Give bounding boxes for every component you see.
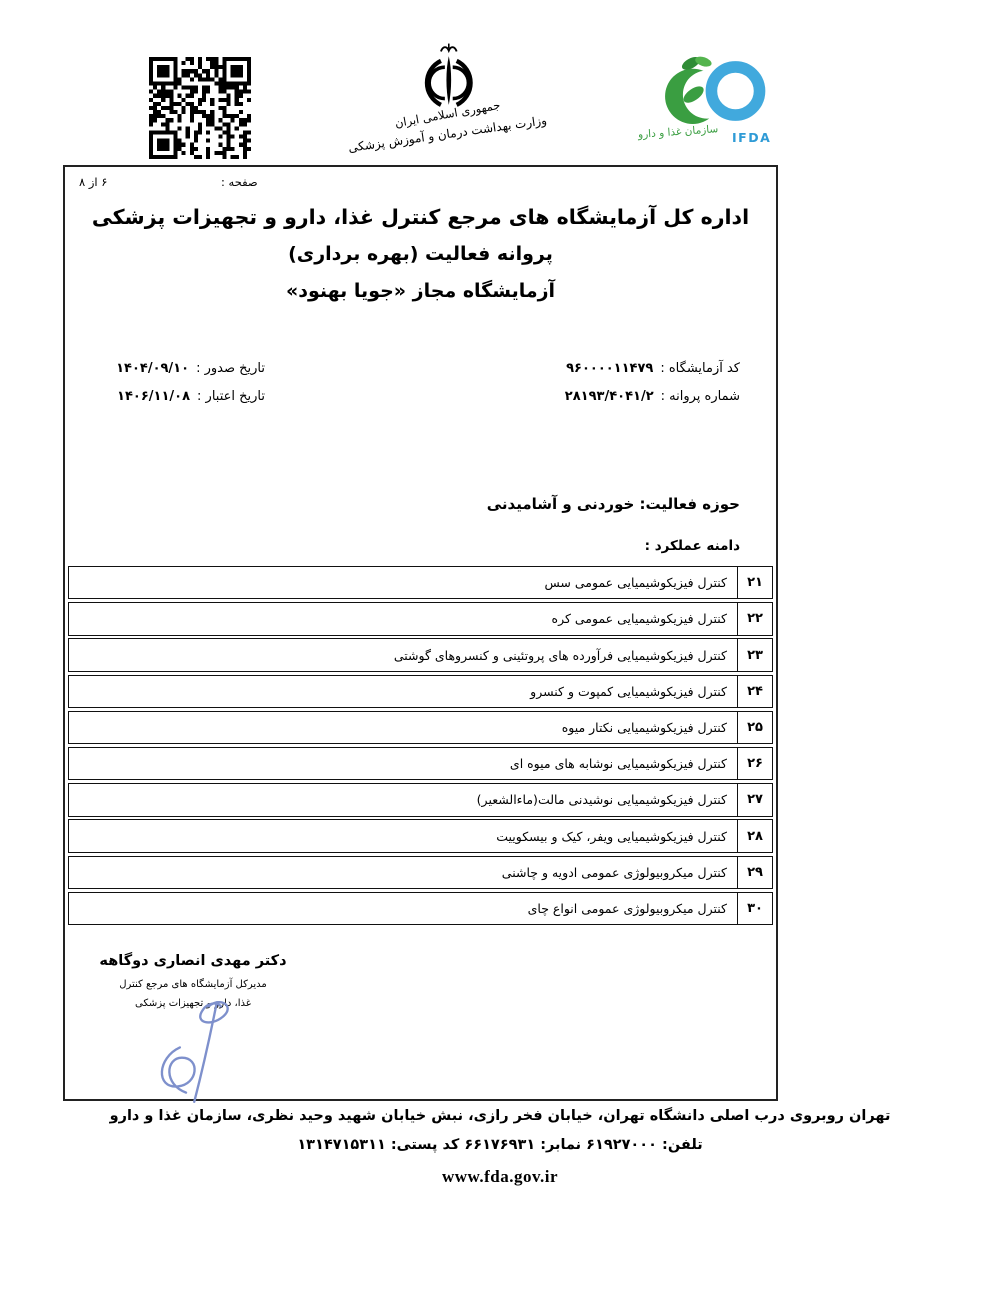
signature-ink-icon (145, 995, 263, 1105)
qr-code (148, 57, 252, 159)
lab-code-value: ۹۶۰۰۰۰۱۱۴۷۹ (566, 361, 653, 376)
row-number: ۲۵ (737, 712, 772, 743)
main-border-box: ۶ از ۸ صفحه : اداره کل آزمایشگاه های مرج… (63, 165, 778, 1101)
row-number: ۲۶ (737, 748, 772, 779)
issue-date-value: ۱۴۰۴/۰۹/۱۰ (116, 361, 189, 376)
ifda-acronym-label: IFDA (732, 130, 771, 145)
lab-code-row: کد آزمایشگاه : ۹۶۰۰۰۰۱۱۴۷۹ (565, 361, 740, 376)
expiry-date-value: ۱۴۰۶/۱۱/۰۸ (117, 389, 190, 404)
meta-lab-identifiers: کد آزمایشگاه : ۹۶۰۰۰۰۱۱۴۷۹ شماره پروانه … (565, 361, 740, 417)
page-number-value: ۶ از ۸ (79, 175, 107, 189)
license-number-row: شماره پروانه : ۲۸۱۹۳/۴۰۴۱/۲ (565, 389, 740, 404)
iran-emblem-icon (404, 42, 492, 108)
issue-date-row: تاریخ صدور : ۱۴۰۴/۰۹/۱۰ (87, 361, 265, 376)
title-license-type: پروانه فعالیت (بهره برداری) (65, 243, 776, 265)
meta-dates: تاریخ صدور : ۱۴۰۴/۰۹/۱۰ تاریخ اعتبار : ۱… (87, 361, 265, 417)
table-row: ۲۲ کنترل فیزیکوشیمیایی عمومی کره (68, 602, 773, 635)
document-titles: اداره کل آزمایشگاه های مرجع کنترل غذا، د… (65, 205, 776, 302)
table-row: ۲۸ کنترل فیزیکوشیمیایی ویفر، کیک و بیسکو… (68, 819, 773, 852)
title-department: اداره کل آزمایشگاه های مرجع کنترل غذا، د… (65, 205, 776, 229)
license-number-label: شماره پروانه : (661, 389, 740, 404)
table-row: ۲۱ کنترل فیزیکوشیمیایی عمومی سس (68, 566, 773, 599)
row-number: ۳۰ (737, 893, 772, 924)
signer-title-line1: مدیرکل آزمایشگاه های مرجع کنترل (83, 979, 303, 990)
footer-website: www.fda.gov.ir (0, 1167, 1000, 1187)
table-row: ۲۴ کنترل فیزیکوشیمیایی کمپوت و کنسرو (68, 675, 773, 708)
row-number: ۲۸ (737, 820, 772, 851)
qr-code-icon (148, 57, 252, 159)
row-number: ۲۹ (737, 857, 772, 888)
row-description: کنترل میکروبیولوژی عمومی ادویه و چاشنی (69, 857, 737, 888)
table-row: ۲۵ کنترل فیزیکوشیمیایی نکتار میوه (68, 711, 773, 744)
table-row: ۳۰ کنترل میکروبیولوژی عمومی انواع چای (68, 892, 773, 925)
row-number: ۲۷ (737, 784, 772, 815)
lab-code-label: کد آزمایشگاه : (660, 361, 740, 376)
row-description: کنترل فیزیکوشیمیایی نوشیدنی مالت(ماءالشع… (69, 784, 737, 815)
footer: تهران روبروی درب اصلی دانشگاه تهران، خیا… (0, 1108, 1000, 1187)
signer-name: دکتر مهدی انصاری دوگاهه (83, 953, 303, 969)
row-number: ۲۱ (737, 567, 772, 598)
footer-address: تهران روبروی درب اصلی دانشگاه تهران، خیا… (0, 1108, 1000, 1124)
row-number: ۲۳ (737, 639, 772, 670)
row-description: کنترل فیزیکوشیمیایی عمومی سس (69, 567, 737, 598)
table-row: ۲۶ کنترل فیزیکوشیمیایی نوشابه های میوه ا… (68, 747, 773, 780)
footer-contact: تلفن: ۶۱۹۲۷۰۰۰ نمابر: ۶۶۱۷۶۹۳۱ کد پستی: … (0, 1137, 1000, 1153)
expiry-date-label: تاریخ اعتبار : (197, 389, 265, 404)
table-row: ۲۷ کنترل فیزیکوشیمیایی نوشیدنی مالت(ماءا… (68, 783, 773, 816)
row-description: کنترل فیزیکوشیمیایی عمومی کره (69, 603, 737, 634)
issue-date-label: تاریخ صدور : (196, 361, 265, 376)
row-number: ۲۲ (737, 603, 772, 634)
row-number: ۲۴ (737, 676, 772, 707)
signature-block: دکتر مهدی انصاری دوگاهه مدیرکل آزمایشگاه… (83, 953, 303, 1009)
row-description: کنترل فیزیکوشیمیایی نوشابه های میوه ای (69, 748, 737, 779)
gov-emblem: جمهوری اسلامی ایران وزارت بهداشت درمان و… (340, 42, 555, 172)
activity-field: حوزه فعالیت: خوردنی و آشامیدنی (487, 495, 740, 513)
ifda-logo-icon (648, 50, 798, 132)
row-description: کنترل فیزیکوشیمیایی کمپوت و کنسرو (69, 676, 737, 707)
document-page: جمهوری اسلامی ایران وزارت بهداشت درمان و… (0, 0, 1000, 1294)
row-description: کنترل میکروبیولوژی عمومی انواع چای (69, 893, 737, 924)
activity-scope-label: دامنه عملکرد : (645, 538, 740, 554)
page-number-label: صفحه : (221, 175, 258, 189)
table-row: ۲۹ کنترل میکروبیولوژی عمومی ادویه و چاشن… (68, 856, 773, 889)
table-row: ۲۳ کنترل فیزیکوشیمیایی فرآورده های پروتئ… (68, 638, 773, 671)
row-description: کنترل فیزیکوشیمیایی فرآورده های پروتئینی… (69, 639, 737, 670)
scope-table: ۲۱ کنترل فیزیکوشیمیایی عمومی سس ۲۲ کنترل… (68, 566, 773, 928)
row-description: کنترل فیزیکوشیمیایی ویفر، کیک و بیسکوییت (69, 820, 737, 851)
row-description: کنترل فیزیکوشیمیایی نکتار میوه (69, 712, 737, 743)
ifda-logo: IFDA سازمان غذا و دارو (648, 50, 813, 152)
expiry-date-row: تاریخ اعتبار : ۱۴۰۶/۱۱/۰۸ (87, 389, 265, 404)
title-lab-name: آزمایشگاه مجاز «جویا بهنود» (65, 280, 776, 302)
license-number-value: ۲۸۱۹۳/۴۰۴۱/۲ (565, 389, 654, 404)
